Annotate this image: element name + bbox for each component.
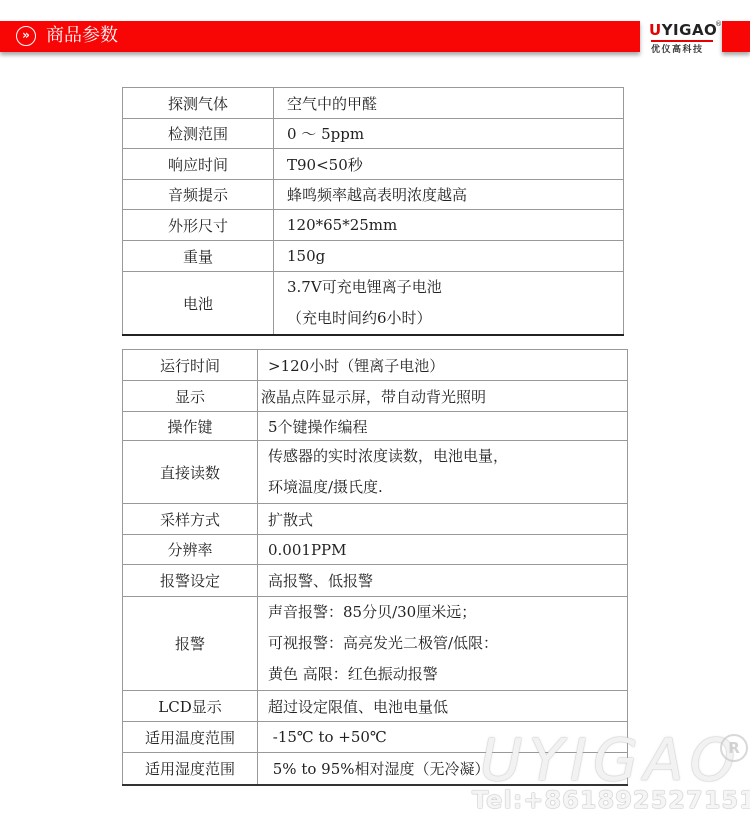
spec-value-line: （充电时间约6小时） [287, 303, 623, 334]
spec-label: 适用温度范围 [123, 722, 258, 753]
table-row: 适用湿度范围 5% to 95%相对湿度（无冷凝） [123, 753, 628, 785]
spec-label: 适用湿度范围 [123, 753, 258, 785]
spec-value-line: 黄色 高限：红色振动报警 [268, 659, 627, 690]
spec-value: 声音报警：85分贝/30厘米远； 可视报警：高亮发光二极管/低限： 黄色 高限：… [258, 597, 628, 691]
spec-value: 5个键操作编程 [258, 412, 628, 441]
table-row: LCD显示 超过设定限值、电池电量低 [123, 691, 628, 722]
table-row: 音频提示 蜂鸣频率越高表明浓度越高 [123, 180, 624, 210]
table-row: 响应时间 T90<50秒 [123, 149, 624, 180]
spec-table-features: 运行时间 >120小时（锂离子电池） 显示 液晶点阵显示屏，带自动背光照明 操作… [122, 349, 628, 786]
spec-value: 扩散式 [258, 504, 628, 535]
spec-value: 150g [274, 241, 624, 272]
spec-label: 报警设定 [123, 565, 258, 597]
spec-value: >120小时（锂离子电池） [258, 350, 628, 381]
watermark-phone: Tel:+8618925271519 [472, 786, 750, 814]
spec-table-basic: 探测气体 空气中的甲醛 检测范围 0 ～ 5ppm 响应时间 T90<50秒 音… [122, 87, 624, 336]
spec-value: 0 ～ 5ppm [274, 119, 624, 149]
table-row: 报警设定 高报警、低报警 [123, 565, 628, 597]
spec-label: 运行时间 [123, 350, 258, 381]
spec-value: T90<50秒 [274, 149, 624, 180]
spec-label: 采样方式 [123, 504, 258, 535]
table-row: 显示 液晶点阵显示屏，带自动背光照明 [123, 381, 628, 412]
spec-label: 音频提示 [123, 180, 274, 210]
spec-label: 外形尺寸 [123, 210, 274, 241]
logo-wordmark: UYIGAO [649, 21, 717, 39]
spec-value: 5% to 95%相对湿度（无冷凝） [258, 753, 628, 785]
spec-label: 显示 [123, 381, 258, 412]
double-chevron-right-icon: » [16, 26, 36, 46]
registered-mark-icon: R [720, 734, 748, 762]
spec-value: 3.7V可充电锂离子电池 （充电时间约6小时） [274, 272, 624, 336]
spec-value-line: 声音报警：85分贝/30厘米远； [268, 597, 627, 628]
spec-value: 0.001PPM [258, 535, 628, 565]
spec-value: 传感器的实时浓度读数，电池电量， 环境温度/摄氏度. [258, 441, 628, 504]
table-row: 报警 声音报警：85分贝/30厘米远； 可视报警：高亮发光二极管/低限： 黄色 … [123, 597, 628, 691]
table-row: 重量 150g [123, 241, 624, 272]
table-row: 外形尺寸 120*65*25mm [123, 210, 624, 241]
registered-mark-icon: ® [715, 20, 722, 28]
section-title: 商品参数 [46, 24, 118, 48]
spec-value: 蜂鸣频率越高表明浓度越高 [274, 180, 624, 210]
spec-value: 液晶点阵显示屏，带自动背光照明 [258, 381, 628, 412]
logo-tagline: 优仪高科技 [651, 42, 704, 55]
table-row: 直接读数 传感器的实时浓度读数，电池电量， 环境温度/摄氏度. [123, 441, 628, 504]
table-row: 采样方式 扩散式 [123, 504, 628, 535]
spec-value: 高报警、低报警 [258, 565, 628, 597]
spec-label: 分辨率 [123, 535, 258, 565]
table-row: 分辨率 0.001PPM [123, 535, 628, 565]
table-row: 运行时间 >120小时（锂离子电池） [123, 350, 628, 381]
spec-value: -15℃ to +50℃ [258, 722, 628, 753]
spec-label: 响应时间 [123, 149, 274, 180]
spec-label: 检测范围 [123, 119, 274, 149]
spec-value: 空气中的甲醛 [274, 88, 624, 119]
spec-value-line: 环境温度/摄氏度. [268, 472, 627, 503]
spec-value-line: 3.7V可充电锂离子电池 [287, 272, 623, 303]
spec-value: 120*65*25mm [274, 210, 624, 241]
spec-value-line: 可视报警：高亮发光二极管/低限： [268, 628, 627, 659]
spec-label: LCD显示 [123, 691, 258, 722]
table-row: 适用温度范围 -15℃ to +50℃ [123, 722, 628, 753]
spec-label: 电池 [123, 272, 274, 336]
spec-value-line: 传感器的实时浓度读数，电池电量， [268, 441, 627, 472]
spec-label: 操作键 [123, 412, 258, 441]
section-header-bar-end [722, 21, 750, 52]
spec-label: 报警 [123, 597, 258, 691]
brand-logo: UYIGAO ® 优仪高科技 [645, 20, 721, 56]
table-row: 检测范围 0 ～ 5ppm [123, 119, 624, 149]
table-row: 探测气体 空气中的甲醛 [123, 88, 624, 119]
table-row: 操作键 5个键操作编程 [123, 412, 628, 441]
spec-label: 重量 [123, 241, 274, 272]
spec-label: 直接读数 [123, 441, 258, 504]
spec-label: 探测气体 [123, 88, 274, 119]
table-row: 电池 3.7V可充电锂离子电池 （充电时间约6小时） [123, 272, 624, 336]
spec-value: 超过设定限值、电池电量低 [258, 691, 628, 722]
